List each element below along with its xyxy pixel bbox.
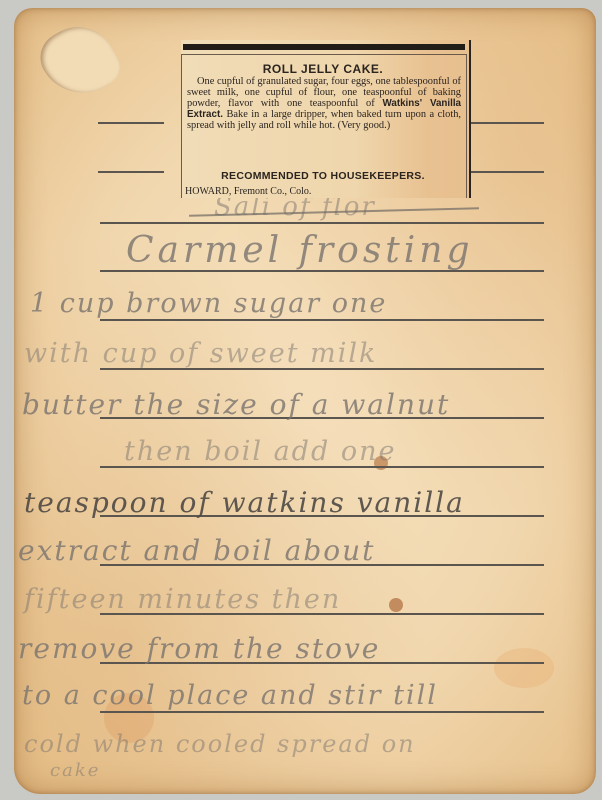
ruled-line bbox=[98, 171, 164, 173]
ruled-line bbox=[100, 319, 544, 321]
clipping-column-rule bbox=[469, 40, 471, 198]
recipe-line: extract and boil about bbox=[18, 534, 375, 567]
recipe-line: cake bbox=[50, 760, 100, 781]
clipping-body: One cupful of granulated sugar, four egg… bbox=[187, 76, 461, 131]
newspaper-clipping: ROLL JELLY CAKE. One cupful of granulate… bbox=[181, 40, 471, 198]
clipping-body-text: Bake in a large dripper, when baked turn… bbox=[187, 109, 461, 131]
ruled-line bbox=[98, 122, 164, 124]
recipe-line: cold when cooled spread on bbox=[24, 730, 416, 758]
stain-spot bbox=[389, 598, 403, 612]
torn-paper-corner bbox=[31, 13, 127, 109]
recipe-line: teaspoon of watkins vanilla bbox=[24, 486, 465, 519]
recipe-line: to a cool place and stir till bbox=[22, 680, 438, 711]
clipping-signature: HOWARD, Fremont Co., Colo. bbox=[185, 186, 311, 197]
recipe-line: 1 cup brown sugar one bbox=[30, 288, 387, 319]
recipe-line: fifteen minutes then bbox=[24, 584, 341, 615]
stain-blotch bbox=[494, 648, 554, 688]
ruled-line bbox=[100, 711, 544, 713]
ruled-line bbox=[464, 171, 544, 173]
clipping-recommendation: RECOMMENDED TO HOUSEKEEPERS. bbox=[181, 170, 465, 182]
recipe-line: with cup of sweet milk bbox=[24, 338, 377, 369]
recipe-title: Carmel frosting bbox=[126, 230, 474, 271]
recipe-line: then boil add one bbox=[124, 436, 396, 467]
clipping-title: ROLL JELLY CAKE. bbox=[181, 62, 465, 76]
ruled-line bbox=[100, 222, 544, 224]
clipping-header-bar bbox=[183, 44, 465, 50]
recipe-line: remove from the stove bbox=[18, 632, 380, 665]
recipe-line: butter the size of a walnut bbox=[22, 388, 450, 421]
ruled-line bbox=[464, 122, 544, 124]
recipe-page: Sali of flor Carmel frosting 1 cup brown… bbox=[14, 8, 596, 794]
